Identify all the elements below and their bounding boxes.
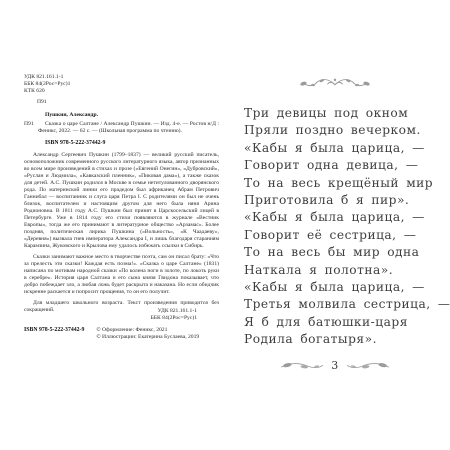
poem-line: Третья молвила сестрица, —	[244, 296, 430, 313]
poem-page: Три девицы под окном Пряли поздно вечерк…	[240, 70, 430, 372]
author-heading: Пушкин, Александр.	[24, 112, 219, 119]
poem-line: Говорит одна девица, —	[244, 157, 430, 174]
bio-paragraph-1: Александр Сергеевич Пушкин (1799–1837) —…	[24, 152, 219, 250]
catalog-description: Сказка о царе Салтане / Александр Пушкин…	[38, 121, 219, 135]
poem-line: То на весь крещёный мир	[244, 175, 430, 192]
poem-line: Я б для батюшки-царя	[244, 314, 430, 331]
catalog-entry: П91 Сказка о царе Салтане / Александр Пу…	[24, 121, 219, 135]
bbk-code: ББК 84(2Рос=Рус)1	[24, 81, 219, 88]
poem-line: Наткала я полотна».	[244, 262, 430, 279]
isbn: ISBN 978-5-222-37442-9	[24, 140, 219, 147]
catalog-number: П91	[24, 99, 219, 106]
copyright-block: © Оформление: Феникс, 2021 © Иллюстрации…	[96, 327, 199, 341]
poem-line: «Кабы я была царица, —	[244, 209, 430, 226]
bio-paragraph-2: Сказки занимают важное место в творчеств…	[24, 254, 219, 296]
flourish-left-icon	[280, 359, 324, 372]
isbn-bottom: ISBN 978-5-222-37442-9	[24, 327, 84, 334]
imprint-page: УДК 821.161.1-1 ББК 84(2Рос=Рус)1 КТК 62…	[24, 74, 219, 341]
page-number: 3	[331, 359, 339, 372]
floral-ornament-icon	[291, 74, 379, 91]
imprint-bottom-row: ISBN 978-5-222-37442-9 © Оформление: Фен…	[24, 327, 219, 341]
poem-line: Три девицы под окном	[244, 105, 430, 122]
poem-line: Пряли поздно вечерком.	[244, 122, 430, 139]
bbk-code-bottom: ББК 84(2Рос=Рус)1	[24, 315, 197, 322]
poem-line: То на весь бы мир одна	[244, 244, 430, 261]
poem-line: Родила богатыря».	[244, 331, 430, 348]
udk-code: УДК 821.161.1-1	[24, 74, 219, 81]
copyright-illustrations: © Иллюстрации: Екатерина Буслаева, 2019	[96, 334, 199, 341]
page-footer: 3	[240, 359, 430, 372]
poem-line: «Кабы я была царица, —	[244, 279, 430, 296]
flourish-right-icon	[346, 359, 390, 372]
poem-line: Приготовила б я пир».	[244, 192, 430, 209]
classification-codes: УДК 821.161.1-1 ББК 84(2Рос=Рус)1 КТК 62…	[24, 74, 219, 95]
poem-line: Говорит её сестрица, —	[244, 227, 430, 244]
poem-text: Три девицы под окном Пряли поздно вечерк…	[240, 105, 430, 349]
ktk-code: КТК 620	[24, 88, 219, 95]
catalog-number: П91	[24, 121, 34, 128]
poem-line: «Кабы я была царица, —	[244, 140, 430, 157]
